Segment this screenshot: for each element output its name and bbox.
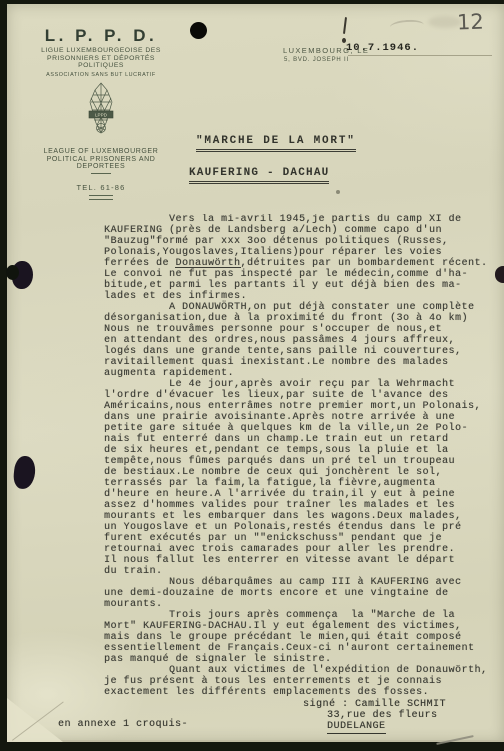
body-line: pas manqué de signaler le sinistre. [104,654,504,665]
body-line: essentiellement de Français.Ceux-ci n'au… [104,643,504,654]
letterhead-rule [91,173,111,174]
signature-city-text: DUDELANGE [327,721,386,734]
body-line: mourants. [104,599,504,610]
date-rule [348,55,492,56]
org-name-line-2: PRISONNIERS ET DÉPORTÉS POLITIQUES [24,55,178,69]
signature-street: 33,rue des fleurs [327,710,438,721]
body-line: Le convoi ne fut pas inspecté par le méd… [104,269,504,280]
body-line: ravitaillement quasi inexistant.Le nombr… [104,357,504,368]
body-line: logés dans une grande tente,sans paille … [104,346,504,357]
body-line: une demi-douzaine de morts encore et une… [104,588,504,599]
doc-title: "MARCHE DE LA MORT" [196,135,356,152]
doc-subtitle: KAUFERING - DACHAU [189,167,329,184]
org-name-en-line-1: LEAGUE OF LUXEMBOURGER [24,148,178,155]
body-line: exactement les différents emplacements d… [104,687,504,698]
body-line: en attendant des ordres,nous passâmes 4 … [104,335,504,346]
body-line: de bestiaux.Le nombre de ceux qui jonchè… [104,467,504,478]
body-line: Il nous fallut les enterrer en vitesse a… [104,555,504,566]
org-name-en-line-2: POLITICAL PRISONERS AND DEPORTEES [24,156,178,170]
body-line: tempête,nous fûmes parqués dans un pré t… [104,456,504,467]
body-line: lades et des infirmes. [104,291,504,302]
body-line: terrassés par la faim,la fatigue,la fièv… [104,478,504,489]
paper-bottom-edge [7,740,504,742]
body-line: Nous ne trouvâmes personne pour s'occupe… [104,324,504,335]
body-line: d'heure en heure.A l'arrivée du train,il… [104,489,504,500]
letter-body: Vers la mi-avril 1945,je partis du camp … [104,214,504,700]
body-line: nais fut enterré dans un champ.Le train … [104,434,504,445]
body-line: A DONAUWÖRTH,on put déjà constater une c… [104,302,504,313]
body-line: mourants et les embarquer dans les wagon… [104,511,504,522]
body-line: de six heures et,pendant ce temps,sous l… [104,445,504,456]
body-line: Mort" KAUFERING-DACHAU.Il y eut égalemen… [104,621,504,632]
body-line: retournai avec trois camarades pour alle… [104,544,504,555]
body-line: Américains,nous enterrâmes notre premier… [104,401,504,412]
fold-corner [7,698,63,742]
address-line: 5, BVD. JOSEPH II [284,57,349,63]
body-line: Le 4e jour,après avoir reçu par la Wehrm… [104,379,504,390]
lppd-crest-icon: LPPD [24,82,178,141]
scanned-document: L. P. P. D. LIGUE LUXEMBOURGEOISE DES PR… [0,0,504,751]
body-line: Vers la mi-avril 1945,je partis du camp … [104,214,504,225]
signature-line: signé : Camille SCHMIT [303,699,446,710]
lppd-acronym: L. P. P. D. [24,26,178,46]
crest-banner-label: LPPD [95,112,108,117]
org-name-line-1: LIGUE LUXEMBOURGEOISE DES [24,47,178,54]
body-line: assez d'hommes valides pour traîner les … [104,500,504,511]
typed-date: 10.7.1946. [346,42,419,54]
body-line: furent exécutés par un ""enickschuss" pe… [104,533,504,544]
stain [336,190,340,194]
body-line: ferrées de Donauwörth,détruites par un b… [104,258,504,269]
annex-note: en annexe 1 croquis- [58,719,188,730]
body-line: je fus présent à tous les enterrements e… [104,676,504,687]
ink-blot [6,265,19,280]
body-line: mais dans le groupe précédant le mien,qu… [104,632,504,643]
body-line: dans une prairie avoisinante.Après notre… [104,412,504,423]
telephone: TEL. 61-86 [24,183,178,192]
body-line: augmenta rapidement. [104,368,504,379]
body-line: Nous débarquâmes au camp III à KAUFERING… [104,577,504,588]
body-line: Quant aux victimes de l'expédition de Do… [104,665,504,676]
body-line: KAUFERING (près de Landsberg a/Lech) com… [104,225,504,236]
donauwoerth-underline [175,267,241,268]
body-line: bitude,et parmi les partants il y eut dé… [104,280,504,291]
pencil-smudge [428,16,462,28]
body-line: "Bauzug"formé par xxx 3oo détenus politi… [104,236,504,247]
body-line: du train. [104,566,504,577]
body-line: désorganisation,due à la proximité du fr… [104,313,504,324]
punch-hole [190,22,207,39]
telephone-underline [89,195,113,200]
body-line: petite gare située à quelques km de la v… [104,423,504,434]
body-line: l'ordre d'évacuer les lieux,par suite de… [104,390,504,401]
association-line: ASSOCIATION SANS BUT LUCRATIF [24,72,178,78]
body-line: Trois jours après commença la "Marche de… [104,610,504,621]
body-line: Polonais,Yougoslaves,Italiens)pour répar… [104,247,504,258]
signature-city: DUDELANGE [327,721,386,732]
body-line: un Yougoslave et un Polonais,restés éten… [104,522,504,533]
letterhead: L. P. P. D. LIGUE LUXEMBOURGEOISE DES PR… [24,26,178,200]
